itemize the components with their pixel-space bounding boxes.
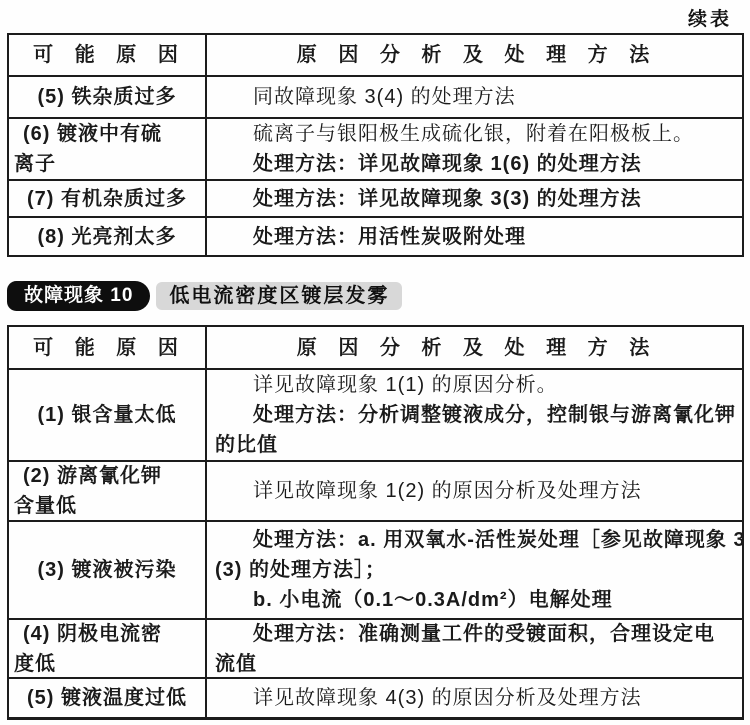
analysis-cell: 详见故障现象 1(2) 的原因分析及处理方法 bbox=[207, 462, 742, 520]
cause-text-line: (1) 银含量太低 bbox=[14, 400, 200, 430]
table-row: (4) 阴极电流密 度低 处理方法：准确测量工件的受镀面积，合理设定电 流值 bbox=[9, 618, 742, 677]
analysis-text-line: 硫离子与银阳极生成硫化银，附着在阳极板上。 bbox=[215, 119, 734, 149]
analysis-text-line: b. 小电流（0.1～0.3A/dm²）电解处理 bbox=[215, 585, 734, 615]
analysis-text-line: 处理方法：准确测量工件的受镀面积，合理设定电 bbox=[215, 620, 734, 649]
analysis-cell: 处理方法：准确测量工件的受镀面积，合理设定电 流值 bbox=[207, 620, 742, 677]
analysis-text-line: 处理方法：详见故障现象 1(6) 的处理方法 bbox=[215, 149, 734, 179]
table-row: (5) 铁杂质过多 同故障现象 3(4) 的处理方法 bbox=[9, 75, 742, 117]
cause-cell: (8) 光亮剂太多 bbox=[9, 218, 207, 255]
column-header-analysis: 原 因 分 析 及 处 理 方 法 bbox=[207, 35, 742, 75]
fault-title-chip: 低电流密度区镀层发雾 bbox=[156, 282, 402, 310]
column-header-cause-label: 可 能 原 因 bbox=[14, 40, 200, 70]
book-page: 续表 可 能 原 因 原 因 分 析 及 处 理 方 法 (5) 铁杂质过多 同… bbox=[0, 0, 750, 725]
cause-text-line: (2) 游离氰化钾 bbox=[14, 462, 200, 491]
cause-cell: (5) 铁杂质过多 bbox=[9, 77, 207, 117]
analysis-cell: 处理方法：详见故障现象 3(3) 的处理方法 bbox=[207, 181, 742, 216]
analysis-text-line: (3) 的处理方法］； bbox=[215, 555, 734, 585]
analysis-cell: 详见故障现象 4(3) 的原因分析及处理方法 bbox=[207, 679, 742, 717]
fault-table-continued: 可 能 原 因 原 因 分 析 及 处 理 方 法 (5) 铁杂质过多 同故障现… bbox=[7, 33, 744, 257]
cause-text-line: (5) 镀液温度过低 bbox=[14, 683, 200, 713]
fault-number-badge: 故障现象 10 bbox=[7, 281, 150, 311]
analysis-text-line: 的比值 bbox=[215, 430, 734, 460]
analysis-text-line: 处理方法：详见故障现象 3(3) 的处理方法 bbox=[215, 184, 734, 214]
cause-cell: (2) 游离氰化钾 含量低 bbox=[9, 462, 207, 520]
table-row: (6) 镀液中有硫 离子 硫离子与银阳极生成硫化银，附着在阳极板上。 处理方法：… bbox=[9, 117, 742, 179]
column-header-cause: 可 能 原 因 bbox=[9, 327, 207, 368]
column-header-analysis-label: 原 因 分 析 及 处 理 方 法 bbox=[215, 333, 734, 363]
table-header-row: 可 能 原 因 原 因 分 析 及 处 理 方 法 bbox=[9, 35, 742, 75]
table-row: (8) 光亮剂太多 处理方法：用活性炭吸附处理 bbox=[9, 216, 742, 255]
column-header-cause-label: 可 能 原 因 bbox=[14, 333, 200, 363]
cause-text-line: (6) 镀液中有硫 bbox=[14, 119, 200, 149]
analysis-text-line: 处理方法：a. 用双氧水-活性炭处理［参见故障现象 3 bbox=[215, 525, 734, 555]
column-header-analysis-label: 原 因 分 析 及 处 理 方 法 bbox=[215, 40, 734, 70]
cause-text-line: (5) 铁杂质过多 bbox=[14, 82, 200, 112]
table-row: (5) 镀液温度过低 详见故障现象 4(3) 的原因分析及处理方法 bbox=[9, 677, 742, 717]
analysis-text-line: 同故障现象 3(4) 的处理方法 bbox=[215, 82, 734, 112]
cause-text-line: 离子 bbox=[14, 149, 200, 179]
analysis-text-line: 详见故障现象 1(2) 的原因分析及处理方法 bbox=[215, 476, 734, 506]
column-header-cause: 可 能 原 因 bbox=[9, 35, 207, 75]
analysis-cell: 详见故障现象 1(1) 的原因分析。 处理方法：分析调整镀液成分，控制银与游离氰… bbox=[207, 370, 742, 460]
analysis-text-line: 处理方法：分析调整镀液成分，控制银与游离氰化钾 bbox=[215, 400, 734, 430]
cause-text-line: (4) 阴极电流密 bbox=[14, 620, 200, 649]
analysis-cell: 处理方法：a. 用双氧水-活性炭处理［参见故障现象 3 (3) 的处理方法］； … bbox=[207, 522, 742, 618]
cause-cell: (4) 阴极电流密 度低 bbox=[9, 620, 207, 677]
continued-table-label: 续表 bbox=[688, 4, 732, 31]
table-row: (1) 银含量太低 详见故障现象 1(1) 的原因分析。 处理方法：分析调整镀液… bbox=[9, 368, 742, 460]
cause-cell: (5) 镀液温度过低 bbox=[9, 679, 207, 717]
analysis-text-line: 详见故障现象 1(1) 的原因分析。 bbox=[215, 370, 734, 400]
fault-section-header: 故障现象 10 低电流密度区镀层发雾 bbox=[7, 281, 402, 311]
column-header-analysis: 原 因 分 析 及 处 理 方 法 bbox=[207, 327, 742, 368]
table-row: (7) 有机杂质过多 处理方法：详见故障现象 3(3) 的处理方法 bbox=[9, 179, 742, 216]
cause-cell: (1) 银含量太低 bbox=[9, 370, 207, 460]
analysis-text-line: 处理方法：用活性炭吸附处理 bbox=[215, 222, 734, 252]
analysis-cell: 同故障现象 3(4) 的处理方法 bbox=[207, 77, 742, 117]
cause-text-line: 含量低 bbox=[14, 491, 200, 520]
analysis-text-line: 流值 bbox=[215, 649, 734, 678]
cause-cell: (6) 镀液中有硫 离子 bbox=[9, 119, 207, 179]
fault-table-10: 可 能 原 因 原 因 分 析 及 处 理 方 法 (1) 银含量太低 详见故障… bbox=[7, 325, 744, 720]
cause-text-line: 度低 bbox=[14, 649, 200, 678]
analysis-cell: 硫离子与银阳极生成硫化银，附着在阳极板上。 处理方法：详见故障现象 1(6) 的… bbox=[207, 119, 742, 179]
table-header-row: 可 能 原 因 原 因 分 析 及 处 理 方 法 bbox=[9, 327, 742, 368]
table-row: (3) 镀液被污染 处理方法：a. 用双氧水-活性炭处理［参见故障现象 3 (3… bbox=[9, 520, 742, 618]
cause-text-line: (3) 镀液被污染 bbox=[14, 555, 200, 585]
table-row: (2) 游离氰化钾 含量低 详见故障现象 1(2) 的原因分析及处理方法 bbox=[9, 460, 742, 520]
cause-cell: (7) 有机杂质过多 bbox=[9, 181, 207, 216]
cause-text-line: (8) 光亮剂太多 bbox=[14, 222, 200, 252]
analysis-cell: 处理方法：用活性炭吸附处理 bbox=[207, 218, 742, 255]
cause-cell: (3) 镀液被污染 bbox=[9, 522, 207, 618]
cause-text-line: (7) 有机杂质过多 bbox=[14, 184, 200, 214]
analysis-text-line: 详见故障现象 4(3) 的原因分析及处理方法 bbox=[215, 683, 734, 713]
